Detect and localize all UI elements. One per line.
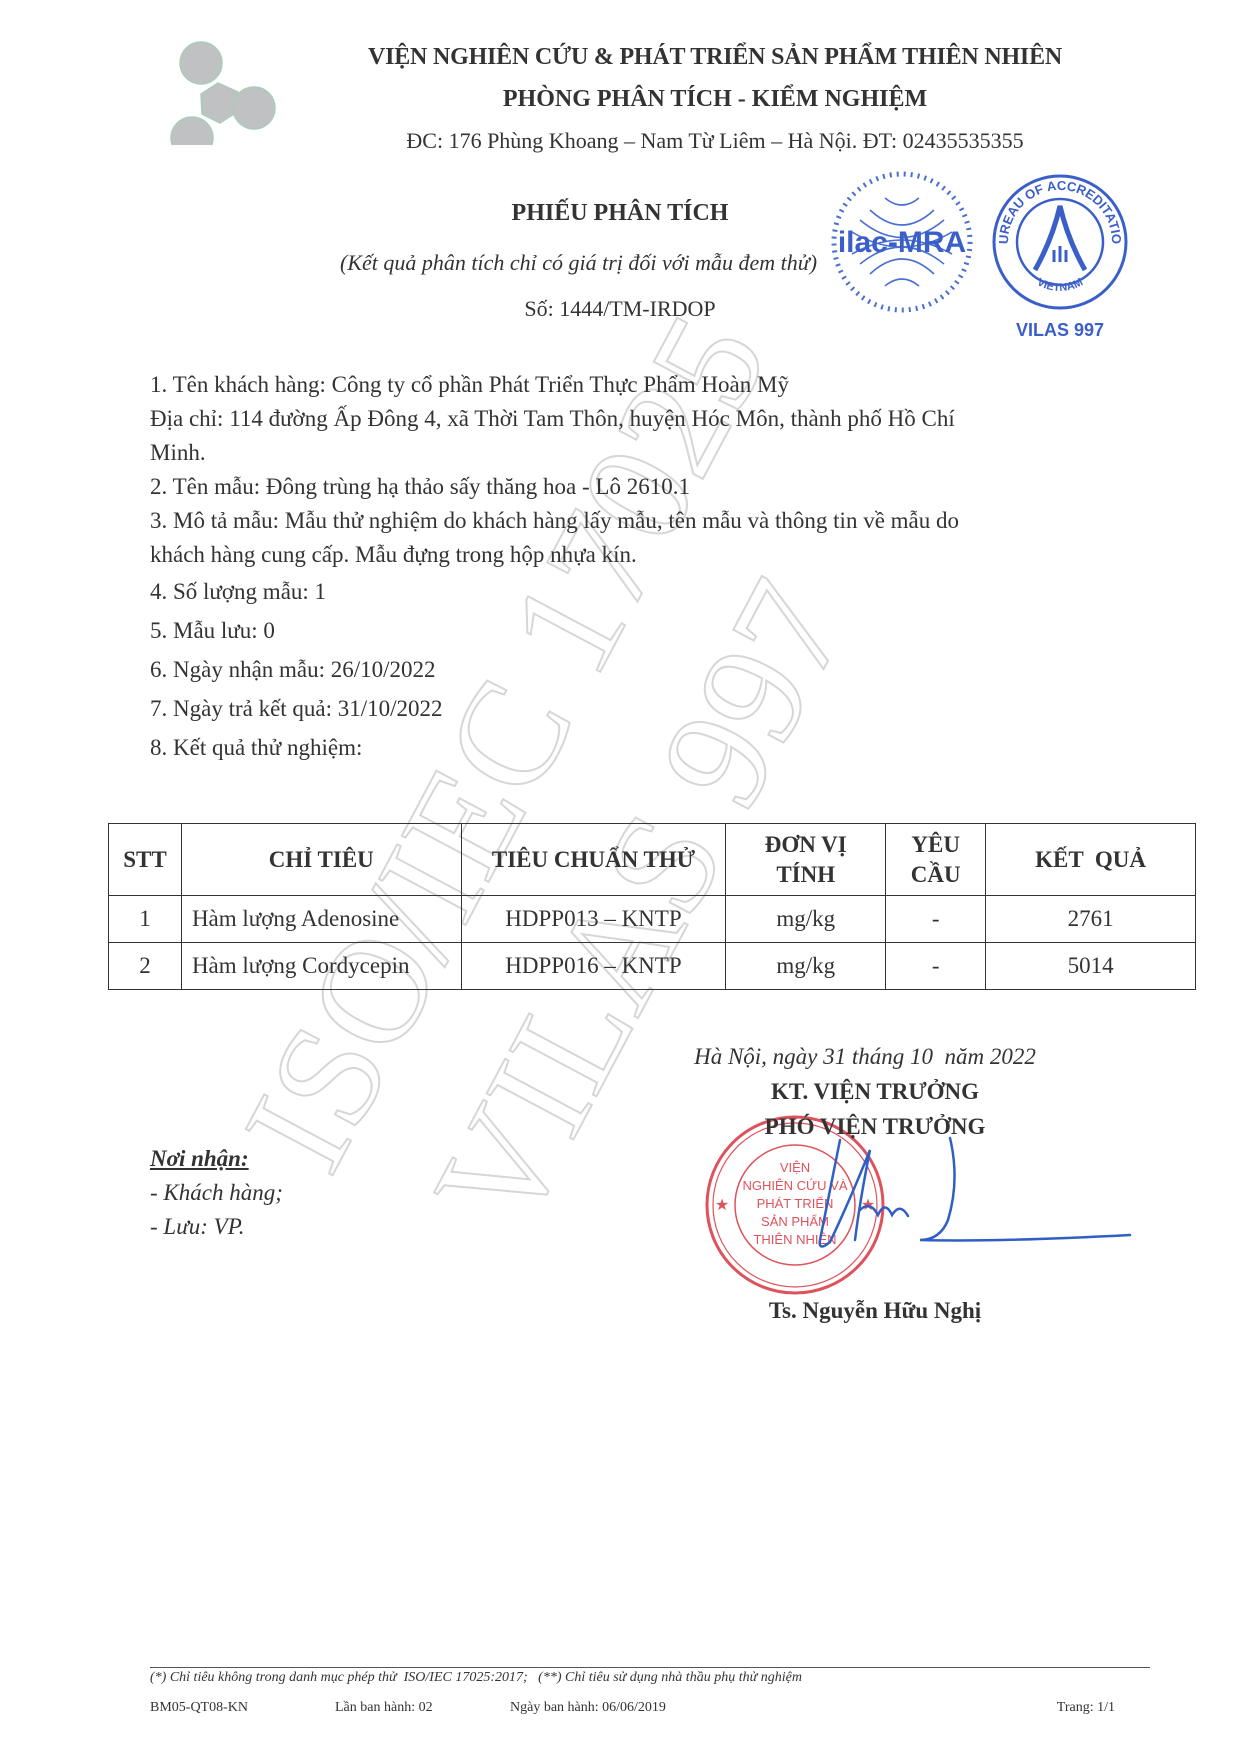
ilac-text: ilac-MRA <box>838 226 966 259</box>
sample-description: 3. Mô tả mẫu: Mẫu thử nghiệm do khách hà… <box>150 504 1100 538</box>
table-row: 2 Hàm lượng Cordycepin HDPP016 – KNTP mg… <box>109 943 1196 990</box>
received-date: 6. Ngày nhận mẫu: 26/10/2022 <box>150 653 1100 687</box>
issue-number: Lần ban hành: 02 <box>335 1700 433 1716</box>
boa-ring-top: BUREAU OF ACCREDITATION <box>990 170 1124 244</box>
recipient-item: - Lưu: VP. <box>150 1210 283 1244</box>
cell-stt: 2 <box>109 943 182 990</box>
footnote: (*) Chỉ tiêu không trong danh mục phép t… <box>150 1670 802 1686</box>
col-header-stt: STT <box>109 824 182 896</box>
cell-unit: mg/kg <box>726 896 886 943</box>
department-name: PHÒNG PHÂN TÍCH - KIỂM NGHIỆM <box>290 86 1140 113</box>
recipient-item: - Khách hàng; <box>150 1176 283 1210</box>
signer-name: Ts. Nguyễn Hữu Nghị <box>640 1298 1110 1324</box>
cell-standard: HDPP016 – KNTP <box>461 943 726 990</box>
organization-name: VIỆN NGHIÊN CỨU & PHÁT TRIỂN SẢN PHẨM TH… <box>290 44 1140 71</box>
recipients: Nơi nhận: - Khách hàng; - Lưu: VP. <box>150 1142 283 1244</box>
col-header-unit: ĐƠN VỊ TÍNH <box>726 824 886 896</box>
page-number: Trang: 1/1 <box>1057 1700 1115 1716</box>
col-header-requirement: YÊU CẦU <box>886 824 986 896</box>
result-date: 7. Ngày trả kết quả: 31/10/2022 <box>150 692 1100 726</box>
table-row: 1 Hàm lượng Adenosine HDPP013 – KNTP mg/… <box>109 896 1196 943</box>
col-header-result: KẾT QUẢ <box>986 824 1196 896</box>
organization-address: ĐC: 176 Phùng Khoang – Nam Từ Liêm – Hà … <box>290 128 1140 154</box>
signer-role-primary: KT. VIỆN TRƯỞNG <box>640 1079 1110 1105</box>
cell-unit: mg/kg <box>726 943 886 990</box>
customer-name: 1. Tên khách hàng: Công ty cổ phần Phát … <box>150 368 1100 402</box>
customer-address: Địa chỉ: 114 đường Ấp Đông 4, xã Thời Ta… <box>150 402 1100 436</box>
sample-description-cont: khách hàng cung cấp. Mẫu đựng trong hộp … <box>150 538 1100 572</box>
sample-name: 2. Tên mẫu: Đông trùng hạ thảo sấy thăng… <box>150 470 1100 504</box>
cell-indicator: Hàm lượng Cordycepin <box>181 943 461 990</box>
svg-text:BUREAU OF ACCREDITATION: BUREAU OF ACCREDITATION <box>990 170 1124 244</box>
cell-stt: 1 <box>109 896 182 943</box>
cell-result: 5014 <box>986 943 1196 990</box>
issue-date: Ngày ban hành: 06/06/2019 <box>510 1700 666 1716</box>
svg-text:VIETNAM: VIETNAM <box>1035 276 1085 294</box>
signing-date: Hà Nội, ngày 31 tháng 10 năm 2022 <box>640 1044 1090 1070</box>
document-title: PHIẾU PHÂN TÍCH <box>420 200 820 227</box>
document-number: Số: 1444/TM-IRDOP <box>420 296 820 322</box>
cell-indicator: Hàm lượng Adenosine <box>181 896 461 943</box>
cell-requirement: - <box>886 943 986 990</box>
results-table: STT CHỈ TIÊU TIÊU CHUẨN THỬ ĐƠN VỊ TÍNH … <box>108 823 1196 990</box>
ilac-mra-seal: ilac-MRA <box>830 170 975 315</box>
cell-standard: HDPP013 – KNTP <box>461 896 726 943</box>
boa-vilas-seal: BUREAU OF ACCREDITATION VIETNAM VILAS 99… <box>990 170 1130 345</box>
customer-address-cont: Minh. <box>150 436 1100 470</box>
sample-quantity: 4. Số lượng mẫu: 1 <box>150 575 1100 609</box>
institute-logo <box>150 30 280 145</box>
cell-requirement: - <box>886 896 986 943</box>
test-results-label: 8. Kết quả thử nghiệm: <box>150 731 1100 765</box>
sample-info: 1. Tên khách hàng: Công ty cổ phần Phát … <box>150 368 1100 765</box>
form-code: BM05-QT08-KN <box>150 1700 248 1716</box>
table-header-row: STT CHỈ TIÊU TIÊU CHUẨN THỬ ĐƠN VỊ TÍNH … <box>109 824 1196 896</box>
document-subtitle: (Kết quả phân tích chỉ có giá trị đối vớ… <box>340 250 817 276</box>
recipients-title: Nơi nhận: <box>150 1142 283 1176</box>
stamp-star-left: ★ <box>715 1197 729 1214</box>
footer-divider <box>150 1667 1150 1668</box>
handwritten-signature <box>800 1130 1140 1280</box>
retained-samples: 5. Mẫu lưu: 0 <box>150 614 1100 648</box>
vilas-code: VILAS 997 <box>1016 320 1104 340</box>
col-header-indicator: CHỈ TIÊU <box>181 824 461 896</box>
col-header-standard: TIÊU CHUẨN THỬ <box>461 824 726 896</box>
boa-ring-bottom: VIETNAM <box>1035 276 1085 294</box>
cell-result: 2761 <box>986 896 1196 943</box>
